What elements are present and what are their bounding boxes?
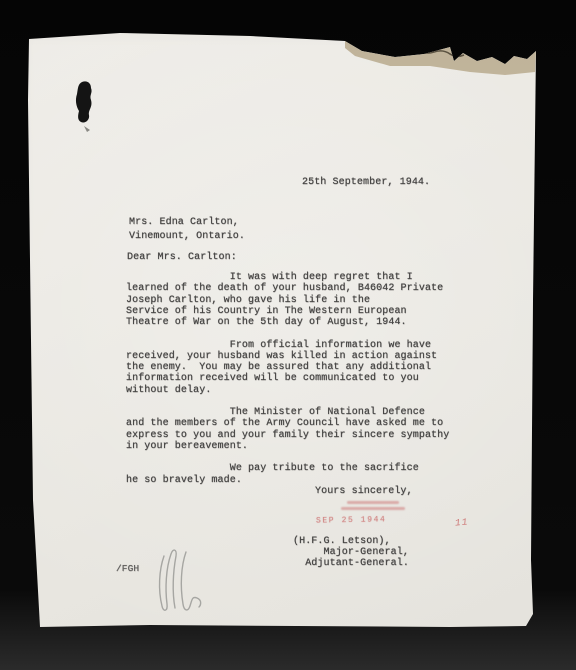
received-date-stamp: SEP 25 1944 [316,514,387,526]
date-line: 25th September, 1944. [302,177,430,188]
ink-blot [66,80,106,136]
salutation: Dear Mrs. Carlton: [127,252,237,263]
stamp-line [341,507,405,510]
photo-background: 25th September, 1944. Mrs. Edna Carlton,… [0,0,576,670]
red-annotation: 11 [454,516,468,528]
recipient-address: Mrs. Edna Carlton, Vinemount, Ontario. [129,216,245,243]
signature-block: (H.F.G. Letson), Major-General, Adjutant… [293,536,409,569]
typist-initials: /FGH [116,563,139,574]
pencil-initials [148,546,212,622]
letter-body: It was with deep regret that I learned o… [126,272,449,486]
letter-paper: 25th September, 1944. Mrs. Edna Carlton,… [0,0,576,670]
closing: Yours sincerely, [315,486,413,497]
torn-corner-crease [410,42,480,60]
stamp-line [347,501,399,504]
